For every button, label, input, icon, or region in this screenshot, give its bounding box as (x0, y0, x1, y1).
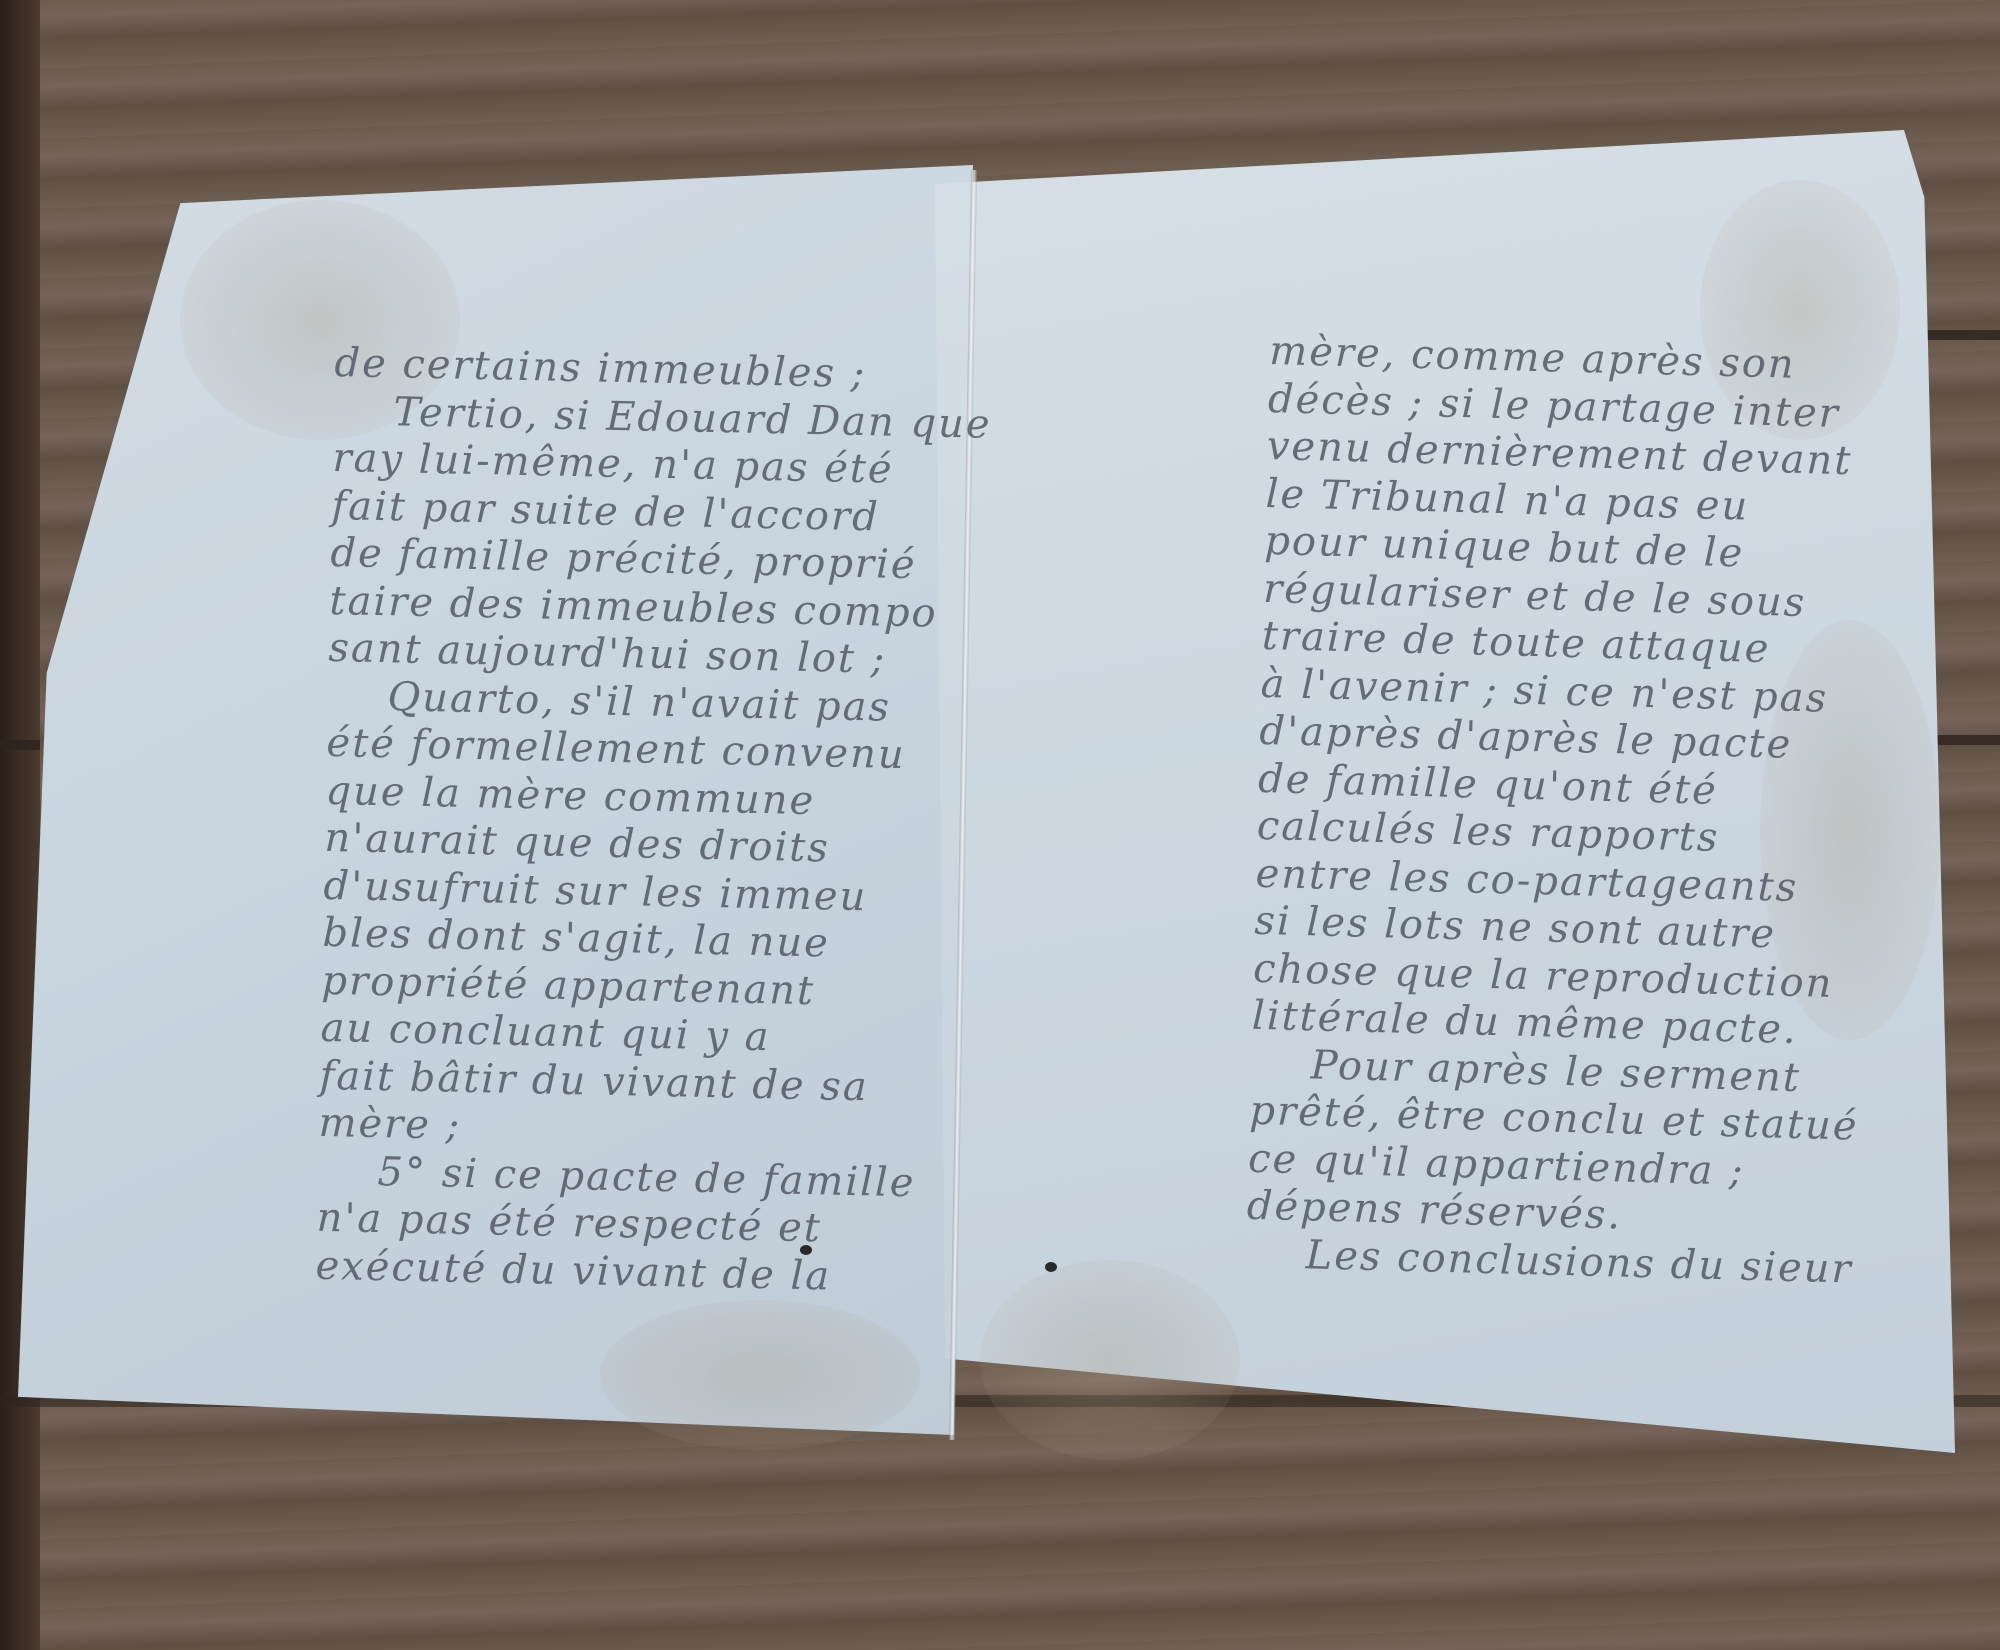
age-stain (600, 1300, 920, 1450)
left-page-text: de certains immeubles ; Tertio, si Edoua… (315, 340, 975, 1303)
age-stain (980, 1260, 1240, 1460)
plank-gap-left (0, 740, 40, 750)
binding-hole (1045, 1262, 1057, 1272)
right-page-text: mère, comme après son décès ; si le part… (1245, 328, 1930, 1295)
